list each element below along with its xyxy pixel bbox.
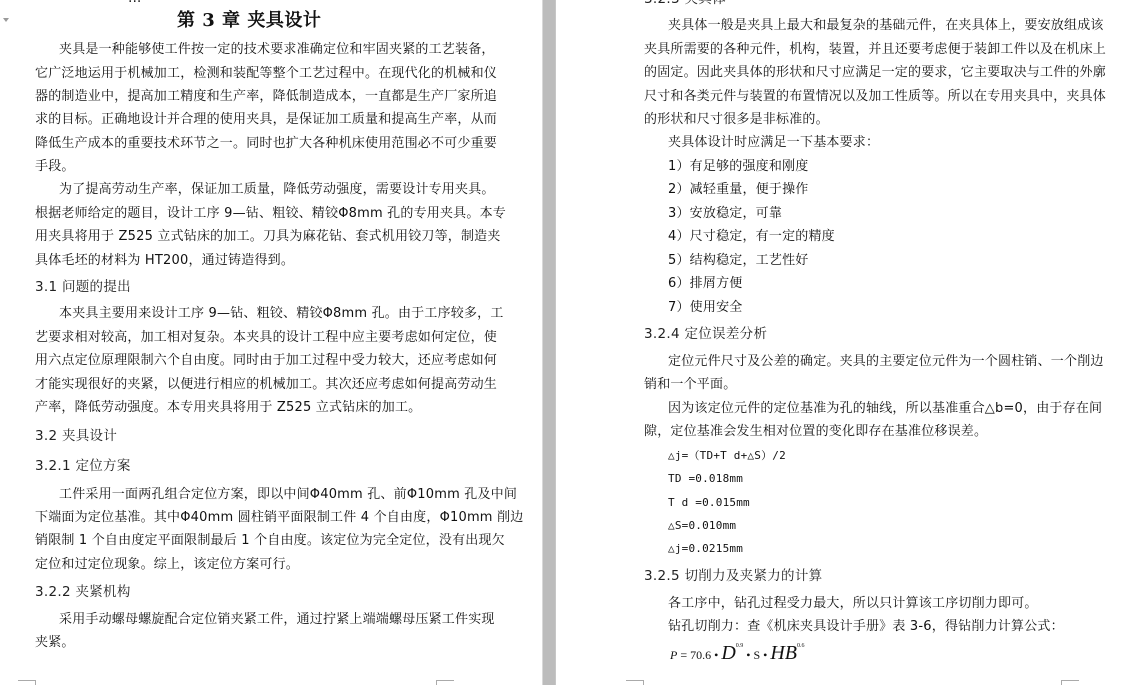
text-line: 用夹具将用于 Z525 立式钻床的加工。刀具为麻花钻、套式机用铰刀等，制造夹: [35, 229, 501, 245]
text-line: 各工序中，钻孔过程受力最大，所以只计算该工序切削力即可。: [668, 596, 1038, 612]
chapter-title: 第 3 章 夹具设计: [177, 10, 321, 32]
text-line: 销限制 1 个自由度定平面限制最后 1 个自由度。该定位为完全定位，没有出现欠: [35, 533, 505, 549]
document-page-right: 3.2.3 夹具体 夹具体一般是夹具上最大和最复杂的基础元件，在夹具体上，要安放…: [556, 0, 1133, 685]
text-line: 手段。: [35, 159, 75, 175]
formula-coefficient: = 70.6 •: [677, 648, 721, 662]
text-line: 销和一个平面。: [644, 377, 736, 393]
text-line: 具体毛坯的材料为 HT200，通过铸造得到。: [35, 253, 294, 269]
formula-line: △S=0.010mm: [668, 518, 736, 534]
formula-line: △j=（TD+T d+△S）/2: [668, 448, 786, 464]
text-line: 夹具体一般是夹具上最大和最复杂的基础元件，在夹具体上，要安放组成该: [668, 18, 1104, 34]
formula-S: • S •: [743, 648, 770, 662]
text-line: 下端面为定位基准。其中Φ40mm 圆柱销平面限制工件 4 个自由度，Φ10mm …: [35, 510, 523, 526]
list-item: 6）排屑方便: [668, 276, 742, 292]
text-line: 夹紧。: [35, 635, 75, 651]
text-line: 产率，降低劳动强度。本专用夹具将用于 Z525 立式钻床的加工。: [35, 400, 421, 416]
formula-HB-exponent: 0.6: [797, 643, 805, 649]
document-page-left: ... 第 3 章 夹具设计 夹具是一种能够使工件按一定的技术要求准确定位和牢固…: [0, 0, 542, 685]
section-heading-3-2-4: 3.2.4 定位误差分析: [644, 326, 767, 342]
text-line: 的固定。因此夹具体的形状和尺寸应满足一定的要求，它主要取决与工件的外廓: [644, 65, 1106, 81]
section-heading-3-2-1: 3.2.1 定位方案: [35, 458, 131, 474]
list-item: 2）减轻重量，便于操作: [668, 182, 808, 198]
text-line: 夹具是一种能够使工件按一定的技术要求准确定位和牢固夹紧的工艺装备，: [59, 42, 495, 58]
list-item: 5）结构稳定，工艺性好: [668, 253, 808, 269]
section-heading-3-2: 3.2 夹具设计: [35, 428, 117, 444]
margin-corner-mark: [626, 680, 644, 685]
margin-corner-mark: [18, 680, 36, 685]
formula-line: T d =0.015mm: [668, 495, 750, 511]
margin-corner-mark: [1061, 680, 1079, 685]
section-heading-3-2-5: 3.2.5 切削力及夹紧力的计算: [644, 568, 822, 584]
text-line: 本夹具主要用来设计工序 9—钻、粗铰、精铰Φ8mm 孔。由于工序较多，工: [59, 306, 504, 322]
section-heading-3-2-3: 3.2.3 夹具体: [644, 0, 726, 7]
formula-line: TD =0.018mm: [668, 471, 743, 487]
text-line: 定位和过定位现象。综上，该定位方案可行。: [35, 557, 299, 573]
formula-line: △j=0.0215mm: [668, 541, 743, 557]
section-heading-3-1: 3.1 问题的提出: [35, 279, 131, 295]
list-item: 3）安放稳定，可靠: [668, 206, 782, 222]
list-item: 4）尺寸稳定，有一定的精度: [668, 229, 835, 245]
text-line: 降低生产成本的重要技术环节之一。同时也扩大各种机床使用范围必不可少重要: [35, 136, 497, 152]
text-line: 因为该定位元件的定位基准为孔的轴线，所以基准重合△b=0，由于存在间: [668, 401, 1102, 417]
text-line: 它广泛地运用于机械加工，检测和装配等整个工艺过程中。在现代化的机械和仪: [35, 66, 497, 82]
previous-line-cut: ...: [128, 0, 141, 3]
collapse-heading-icon[interactable]: [3, 18, 9, 22]
formula-D: D: [721, 642, 735, 664]
margin-corner-mark: [436, 680, 454, 685]
text-line: 才能实现很好的夹紧，以便进行相应的机械加工。其次还应考虑如何提高劳动生: [35, 377, 497, 393]
text-line: 钻孔切削力：查《机床夹具设计手册》表 3-6，得钻削力计算公式：: [668, 619, 1064, 635]
text-line: 为了提高劳动生产率，保证加工质量，降低劳动强度，需要设计专用夹具。: [59, 182, 495, 198]
page-gutter: [542, 0, 556, 685]
formula-HB: HB: [770, 642, 797, 664]
text-line: 用六点定位原理限制六个自由度。同时由于加工过程中受力较大，还应考虑如何: [35, 353, 497, 369]
text-line: 夹具所需要的各种元件，机构，装置，并且还要考虑便于装卸工件以及在机床上: [644, 42, 1106, 58]
text-line: 隙，定位基准会发生相对位置的变化即存在基准位移误差。: [644, 424, 987, 440]
text-line: 尺寸和各类元件与装置的布置情况以及加工性质等。所以在专用夹具中，夹具体: [644, 89, 1106, 105]
text-line: 定位元件尺寸及公差的确定。夹具的主要定位元件为一个圆柱销、一个削边: [668, 354, 1104, 370]
cutting-force-formula: P = 70.6 • D0.9 • S • HB0.6: [670, 642, 805, 665]
list-item: 1）有足够的强度和刚度: [668, 159, 808, 175]
text-line: 艺要求相对较高，加工相对复杂。本夹具的设计工程中应主要考虑如何定位，使: [35, 330, 497, 346]
section-heading-3-2-2: 3.2.2 夹紧机构: [35, 584, 131, 600]
text-line: 工件采用一面两孔组合定位方案，即以中间Φ40mm 孔、前Φ10mm 孔及中间: [59, 487, 517, 503]
text-line: 器的制造业中，提高加工精度和生产率，降低制造成本，一直都是生产厂家所追: [35, 89, 497, 105]
list-item: 7）使用安全: [668, 300, 742, 316]
text-line: 采用手动螺母螺旋配合定位销夹紧工件，通过拧紧上端端螺母压紧工件实现: [59, 612, 495, 628]
requirements-intro: 夹具体设计时应满足一下基本要求：: [668, 135, 879, 151]
text-line: 求的目标。正确地设计并合理的使用夹具，是保证加工质量和提高生产率，从而: [35, 112, 497, 128]
text-line: 的形状和尺寸很多是非标准的。: [644, 112, 829, 128]
text-line: 根据老师给定的题目，设计工序 9—钻、粗铰、精铰Φ8mm 孔的专用夹具。本专: [35, 206, 506, 222]
